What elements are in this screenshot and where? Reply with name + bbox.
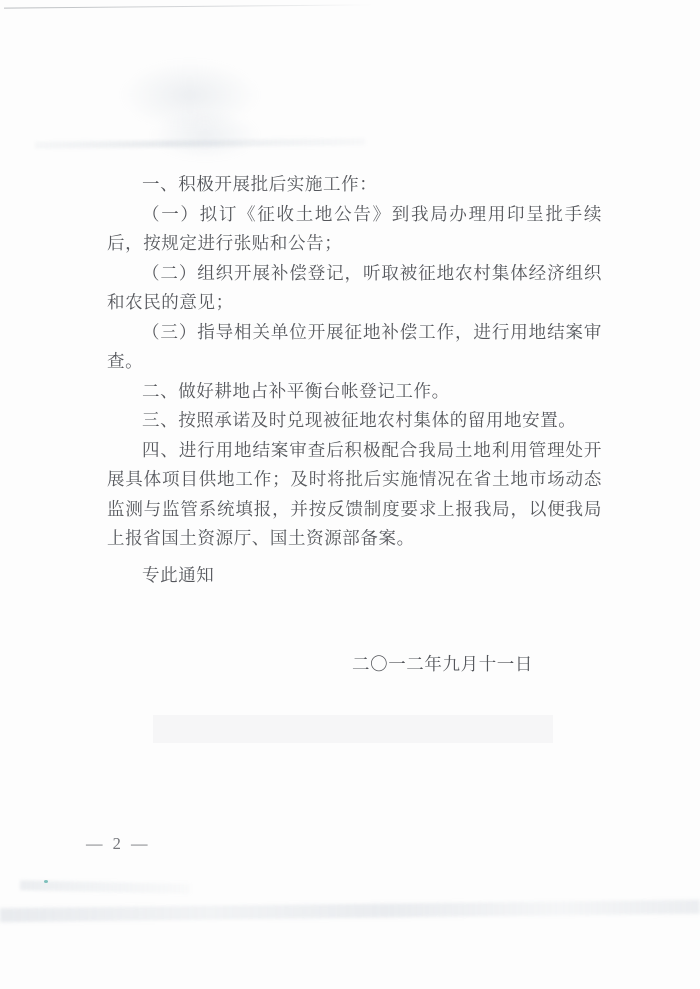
body-paragraph-5: 二、做好耕地占补平衡台帐登记工作。 (107, 377, 602, 407)
scanned-document-page: 一、积极开展批后实施工作： （一）拟订《征收土地公告》到我局办理用印呈批手续后，… (0, 0, 700, 989)
document-body: 一、积极开展批后实施工作： （一）拟订《征收土地公告》到我局办理用印呈批手续后，… (107, 170, 602, 590)
scan-smudge (35, 138, 365, 148)
closing-phrase: 专此通知 (107, 561, 602, 591)
body-paragraph-3: （二）组织开展补偿登记，听取被征地农村集体经济组织和农民的意见； (107, 259, 602, 318)
scan-smudge (20, 880, 190, 894)
scan-speck (44, 880, 48, 883)
body-paragraph-7: 四、进行用地结案审查后积极配合我局土地利用管理处开展具体项目供地工作；及时将批后… (107, 436, 602, 554)
scan-faint-band (153, 715, 553, 743)
body-paragraph-4: （三）指导相关单位开展征地补偿工作，进行用地结案审查。 (107, 318, 602, 377)
page-number: — 2 — (86, 834, 151, 854)
body-paragraph-2: （一）拟订《征收土地公告》到我局办理用印呈批手续后，按规定进行张贴和公告； (107, 200, 602, 259)
body-paragraph-1: 一、积极开展批后实施工作： (107, 170, 602, 200)
body-paragraph-6: 三、按照承诺及时兑现被征地农村集体的留用地安置。 (107, 406, 602, 436)
scan-edge-line (4, 4, 374, 8)
document-date: 二〇一二年九月十一日 (352, 651, 533, 676)
scan-smudge (0, 900, 700, 923)
scan-smudge (120, 60, 260, 130)
scan-smudge (150, 110, 260, 160)
